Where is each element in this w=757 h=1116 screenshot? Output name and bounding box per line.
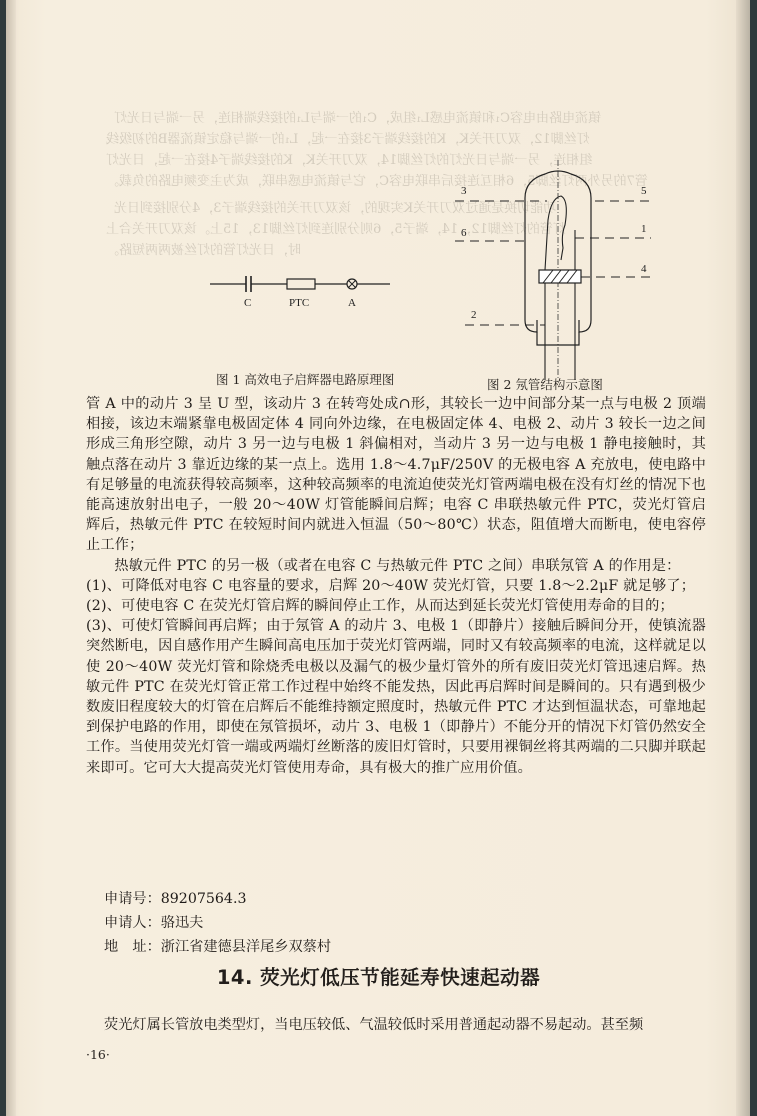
figure2-neon-tube-diagram: 3 5 6 1 4 2 bbox=[455, 160, 665, 380]
svg-text:1: 1 bbox=[641, 223, 647, 235]
figure2-caption: 图 2 氖管结构示意图 bbox=[487, 375, 603, 393]
svg-text:6: 6 bbox=[461, 227, 467, 239]
address: 地 址：浙江省建德县洋尾乡双蔡村 bbox=[104, 935, 331, 959]
svg-text:2: 2 bbox=[471, 309, 477, 321]
list-item-1: (1)、可降低对电容 C 电容量的要求，启辉 20～40W 荧光灯管，只要 1.… bbox=[86, 576, 706, 596]
application-number: 申请号：89207564.3 bbox=[104, 887, 331, 911]
svg-text:4: 4 bbox=[641, 263, 647, 275]
applicant: 申请人：骆迅夫 bbox=[104, 911, 331, 935]
article-body: 管 A 中的动片 3 呈 U 型，该动片 3 在转弯处成∩形，其较长一边中间部分… bbox=[86, 394, 706, 778]
paragraph-neon-role: 热敏元件 PTC 的另一极（或者在电容 C 与热敏元件 PTC 之间）串联氖管 … bbox=[86, 556, 706, 576]
svg-text:PTC: PTC bbox=[289, 297, 309, 309]
section-heading: 14. 荧光灯低压节能延寿快速起动器 bbox=[0, 962, 757, 990]
page-edge-shadow bbox=[736, 0, 750, 1116]
svg-text:A: A bbox=[348, 297, 356, 309]
patent-info: 申请号：89207564.3 申请人：骆迅夫 地 址：浙江省建德县洋尾乡双蔡村 bbox=[104, 887, 331, 959]
svg-text:3: 3 bbox=[461, 185, 467, 197]
paragraph-mechanism: 管 A 中的动片 3 呈 U 型，该动片 3 在转弯处成∩形，其较长一边中间部分… bbox=[86, 394, 706, 556]
page-number: ·16· bbox=[86, 1047, 110, 1062]
page-gutter-shadow bbox=[6, 0, 16, 1116]
figure1-caption: 图 1 高效电子启辉器电路原理图 bbox=[216, 370, 394, 388]
list-item-3: (3)、可使灯管瞬间再启辉；由于氖管 A 的动片 3、电极 1（即静片）接触后瞬… bbox=[86, 616, 706, 778]
list-item-2: (2)、可使电容 C 在荧光灯管启辉的瞬间停止工作，从而达到延长荧光灯管使用寿命… bbox=[86, 596, 706, 616]
svg-text:5: 5 bbox=[641, 185, 647, 197]
svg-text:C: C bbox=[244, 297, 251, 309]
figure1-circuit-diagram: C PTC A bbox=[190, 250, 440, 310]
thermistor-symbol-icon bbox=[287, 279, 315, 289]
section-first-line: 荧光灯属长管放电类型灯，当电压较低、气温较低时采用普通起动器不易起动。甚至频 bbox=[104, 1014, 714, 1034]
